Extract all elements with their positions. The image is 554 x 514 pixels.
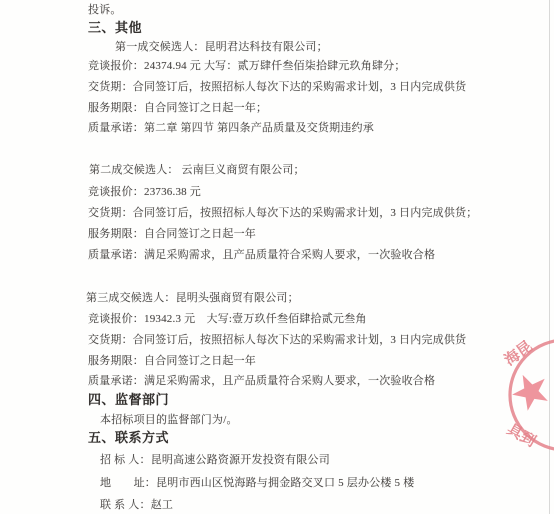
candidate3-price: 竞谈报价：19342.3 元 大写:壹万玖仟叁佰肆拾贰元叁角 <box>88 313 367 326</box>
intro-fragment: 投诉。 <box>88 4 122 17</box>
candidate3-quality: 质量承诺：满足采购需求，且产品质量符合采购人要求，一次验收合格 <box>88 375 435 388</box>
candidate2-name: 第二成交候选人： 云南巨义商贸有限公司； <box>89 164 305 177</box>
seal-arc-text-bottom: 具到 <box>504 421 538 451</box>
candidate3-delivery: 交货期：合同签订后，按照招标人每次下达的采购需求计划，3 日内完成供货 <box>88 334 466 347</box>
document-page: 投诉。 三、其他 第一成交候选人：昆明君达科技有限公司； 竞谈报价：24374.… <box>0 0 554 514</box>
supervision-body: 本招标项目的监督部门为/。 <box>100 414 238 427</box>
section-other-heading: 三、其他 <box>88 20 142 35</box>
candidate1-price: 竞谈报价：24374.94 元 大写：贰万肆仟叁佰柒拾肆元玖角肆分； <box>88 60 406 73</box>
candidate2-price: 竞谈报价：23736.38 元 <box>88 186 201 199</box>
candidate1-service: 服务期限：自合同签订之日起一年； <box>88 102 267 115</box>
contact-address: 地 址：昆明市西山区悦海路与拥金路交叉口 5 层办公楼 5 楼 <box>100 477 414 490</box>
contact-tenderer: 招 标 人：昆明高速公路资源开发投资有限公司 <box>100 454 330 467</box>
candidate1-name: 第一成交候选人：昆明君达科技有限公司； <box>115 41 328 54</box>
section-supervision-heading: 四、监督部门 <box>88 392 169 407</box>
candidate2-delivery: 交货期：合同签订后，按照招标人每次下达的采购需求计划，3 日内完成供货； <box>88 207 477 220</box>
candidate1-delivery: 交货期：合同签订后，按照招标人每次下达的采购需求计划，3 日内完成供货 <box>88 81 466 94</box>
candidate3-service: 服务期限：自合同签订之日起一年 <box>88 355 256 368</box>
company-seal-stamp: 海昆 具到 <box>503 335 554 455</box>
contact-person: 联 系 人：赵工 <box>100 499 173 512</box>
section-contact-heading: 五、联系方式 <box>88 430 169 445</box>
candidate1-quality: 质量承诺：第二章 第四节 第四条产品质量及交货期违约承 <box>88 122 374 135</box>
candidate2-service: 服务期限：自合同签订之日起一年 <box>88 228 256 241</box>
candidate2-quality: 质量承诺：满足采购需求，且产品质量符合采购人要求，一次验收合格 <box>88 249 435 262</box>
candidate3-name: 第三成交候选人：昆明头强商贸有限公司； <box>86 292 299 305</box>
